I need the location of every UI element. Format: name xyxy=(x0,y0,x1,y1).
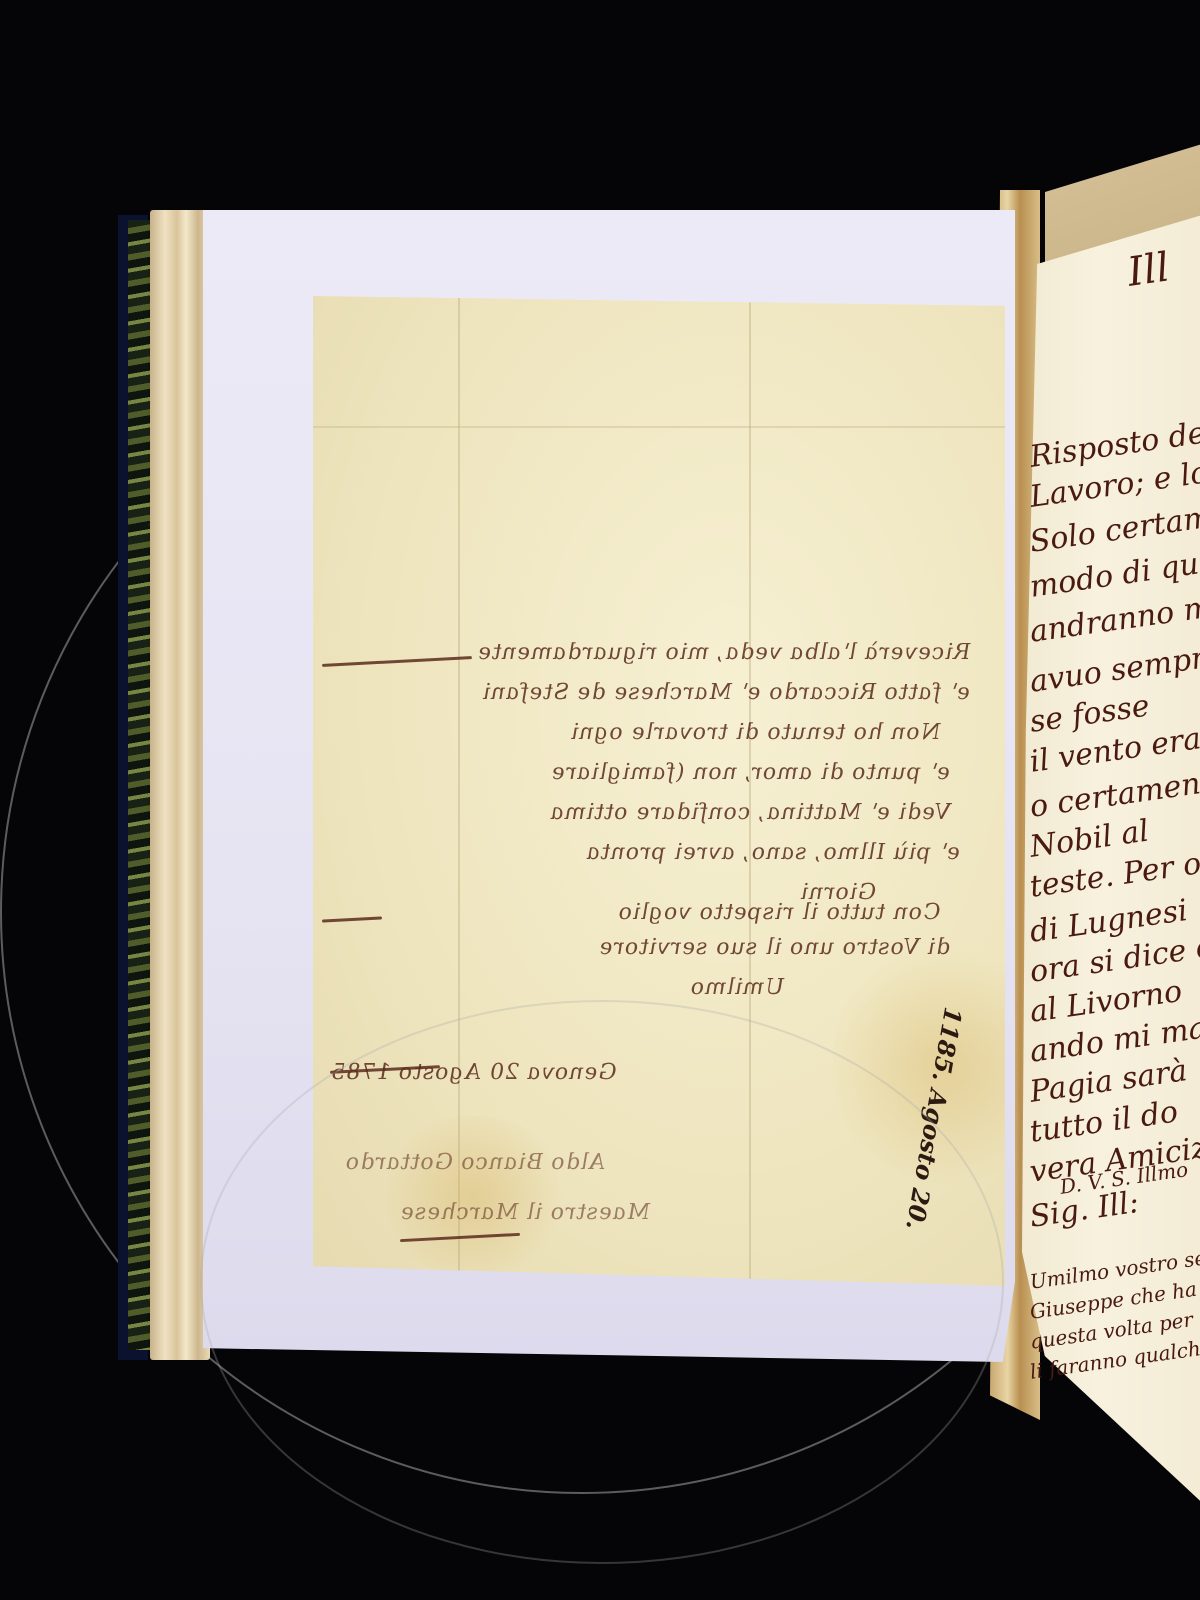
letter-line: di Vostro uno il suo servitore xyxy=(325,935,954,960)
letter-line: e' più Illmo, sano, avrei pronta xyxy=(335,840,964,865)
letter-line: Vedi e' Mattina, confidare ottima xyxy=(335,800,954,825)
signature-line: Aldo Bianco Gottardo xyxy=(340,1150,609,1175)
paper-stain xyxy=(373,1116,573,1276)
manuscript-photo: Riceverà l'alba veda, mio riguardamente … xyxy=(0,0,1200,1600)
closing-line: Umilmo xyxy=(685,975,788,1000)
letter-sheet xyxy=(313,296,1005,1286)
letter-line: Con tutto il rispetto voglio xyxy=(375,900,944,925)
fold-line xyxy=(313,426,1005,428)
left-page-stack xyxy=(150,210,210,1360)
date-line: Genova 20 Agosto 1785 xyxy=(325,1060,620,1085)
signature-line: Maestro il Marchese xyxy=(395,1200,654,1225)
letter-line: Non ho tenuto di trovarle ogni xyxy=(355,720,944,745)
letter-line: e' punto di amor, non (famigliare xyxy=(345,760,954,785)
letter-line: e' fatto Riccardo e' Marchese de Stefani xyxy=(325,680,974,705)
fold-line xyxy=(749,296,751,1286)
right-page-heading: Ill xyxy=(1125,244,1172,295)
